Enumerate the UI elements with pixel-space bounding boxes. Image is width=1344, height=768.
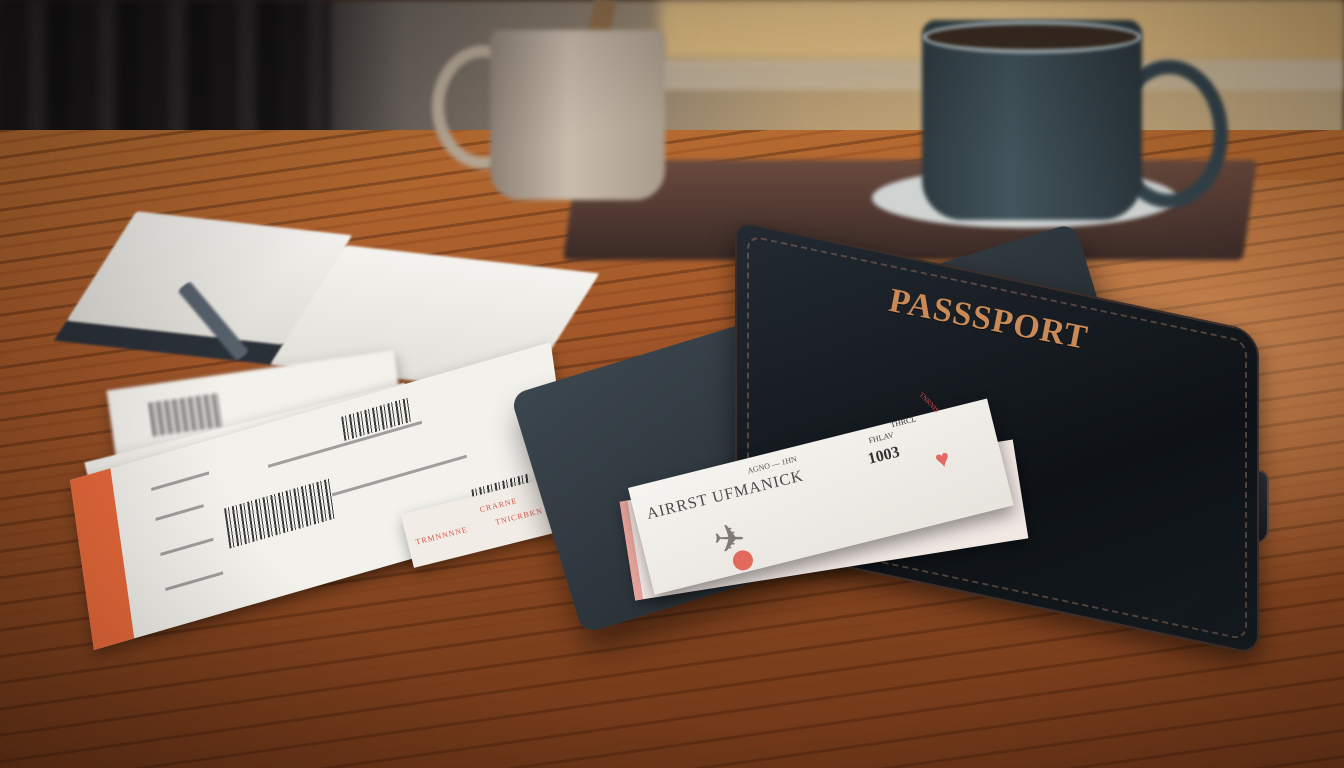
ticket-line	[151, 471, 209, 491]
flight-number: 1003	[866, 444, 901, 469]
stub-text: CRARNE	[479, 496, 518, 514]
ticket-line	[332, 455, 467, 497]
beige-mug	[490, 30, 665, 200]
coffee-surface	[922, 20, 1142, 54]
heart-icon: ♥	[933, 446, 953, 476]
barcode	[224, 478, 335, 548]
ticket-line	[160, 538, 213, 556]
ticket-line	[165, 571, 223, 591]
flight-label: FHLAV	[868, 430, 895, 445]
stub-text: TRMNNNNE	[415, 525, 469, 547]
ticket-line	[155, 504, 203, 521]
stub-text: TNICRBKN	[494, 506, 544, 527]
photo-scene: TRMNNNNE CRARNE TNICRBKN AMRICA PASSSPOR…	[0, 0, 1344, 768]
